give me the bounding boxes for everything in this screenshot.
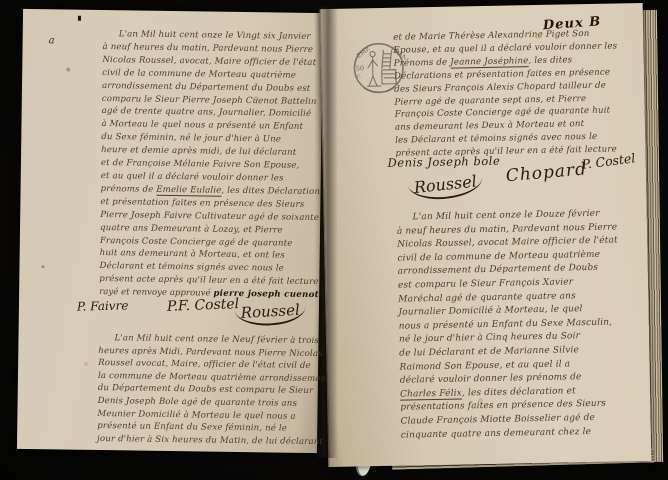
signature-chopard: Chopard: [505, 159, 588, 186]
left-page: a L'an Mil huit cent onze le Vingt six J…: [17, 9, 323, 453]
act-1-text: L'an Mil huit cent onze le Vingt six Jan…: [99, 28, 319, 289]
signature-costel: P.F. Costel: [167, 296, 240, 315]
right-page: Deux B EMP. FRAN. 50 c.: [320, 3, 652, 467]
margin-mark: a: [49, 35, 55, 46]
svg-text:c.: c.: [357, 73, 362, 79]
foxing-spot: [41, 265, 44, 268]
signature-roussel: Roussel: [234, 300, 306, 327]
act-2-text-right: L'an Mil huit cent onze le Douze février…: [397, 207, 647, 443]
signature-bole: Denis Joseph bole: [387, 154, 500, 170]
svg-text:50: 50: [356, 64, 364, 72]
foxing-spot: [254, 96, 259, 101]
foxing-spot: [66, 68, 70, 72]
stamp-arc-left: EMP.: [355, 45, 371, 60]
book-gutter: [314, 6, 338, 458]
ink-speck: [78, 16, 81, 21]
signature-roussel-2: Roussel: [407, 171, 484, 203]
foxing-spot: [513, 241, 516, 244]
act-1-continuation-text: et de Marie Thérèse Alexandrine Piget So…: [393, 27, 641, 161]
foxing-spot: [84, 362, 88, 366]
manuscript-line: jour d'hier à Six heures du Matin, de lu…: [97, 433, 313, 449]
register-scan: a L'an Mil huit cent onze le Vingt six J…: [0, 0, 668, 480]
act-2-text: L'an Mil huit cent onze le Neuf février …: [97, 332, 315, 448]
signature-faivre: P. Faivre: [77, 299, 129, 314]
